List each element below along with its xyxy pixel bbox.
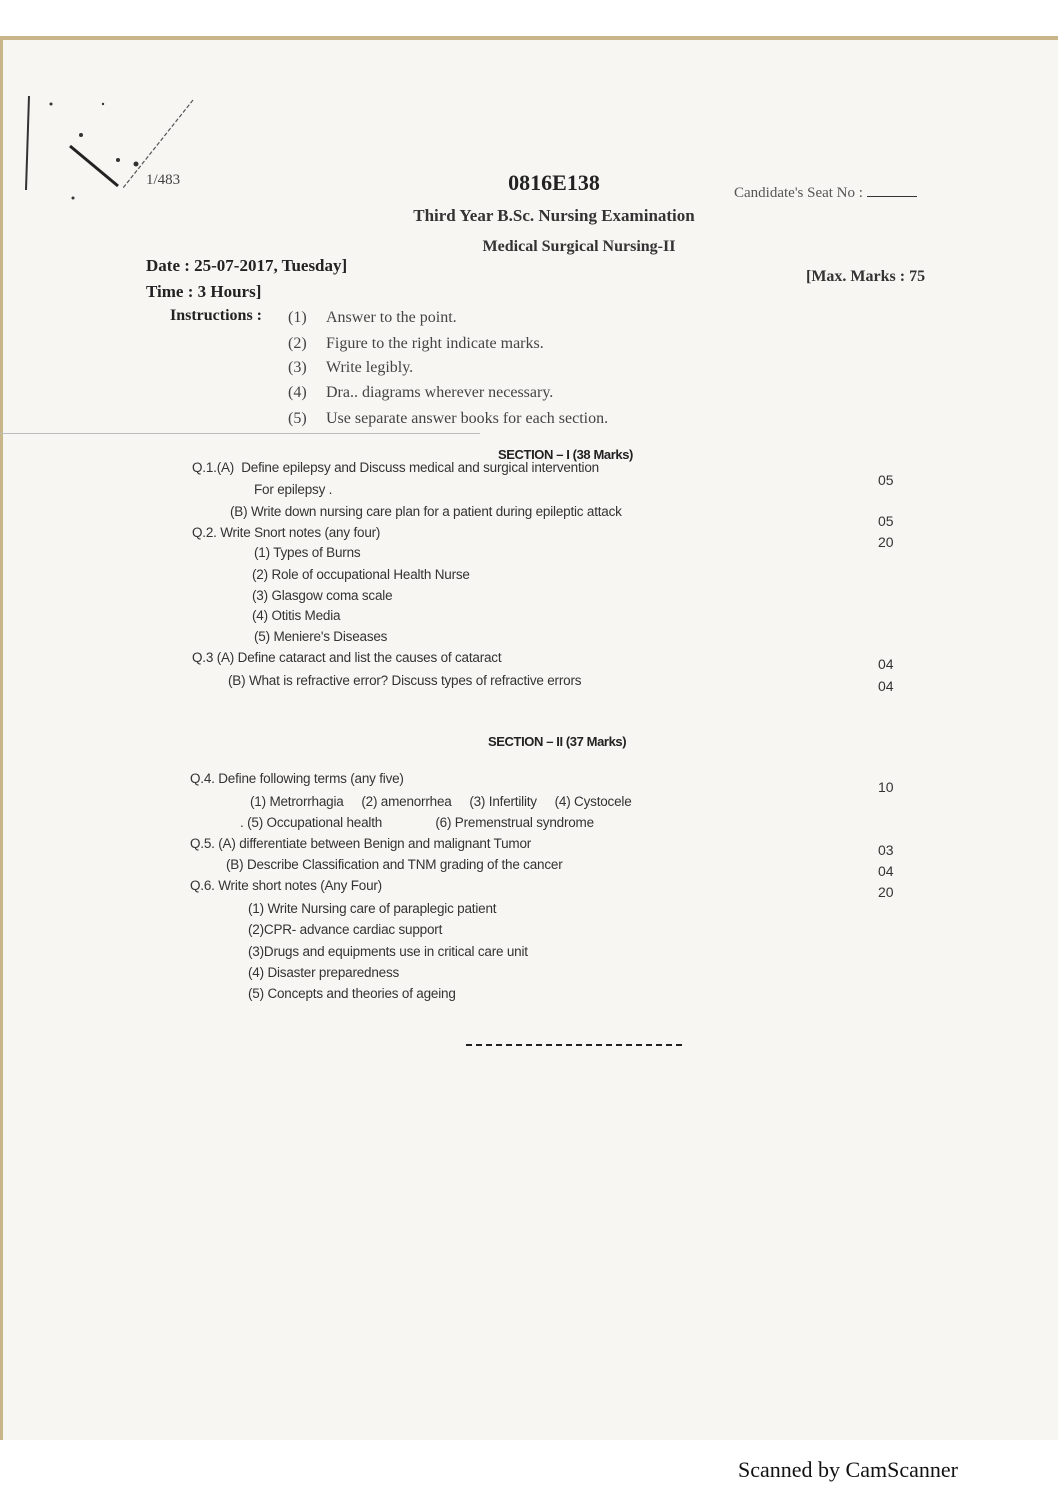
max-marks: [Max. Marks : 75 [806,268,925,286]
question-line: Q.2. Write Snort notes (any four) [192,525,380,540]
question-marks: 20 [878,884,894,900]
instruction-number: (2) [288,335,326,353]
instruction-text: Use separate answer books for each secti… [326,410,608,427]
question-marks: 05 [878,472,894,488]
end-of-paper-line [466,1044,682,1046]
instruction-number: (3) [288,359,326,377]
question-marks: 04 [878,656,894,672]
seat-number-label: Candidate's Seat No : [734,185,863,201]
question-line: Q.3 (A) Define cataract and list the cau… [192,650,501,665]
question-line: . (5) Occupational health (6) Premenstru… [240,815,594,830]
instruction-number: (4) [288,384,326,402]
question-line: (2) Role of occupational Health Nurse [252,567,470,582]
instruction-item: (2)Figure to the right indicate marks. [288,335,544,353]
exam-duration: Time : 3 Hours] [146,282,261,302]
question-line: Q.4. Define following terms (any five) [190,771,404,786]
question-line: (3)Drugs and equipments use in critical … [248,944,528,959]
question-line: (B) Write down nursing care plan for a p… [230,504,622,519]
question-line: (1) Metrorrhagia (2) amenorrhea (3) Infe… [250,794,632,809]
instructions-label: Instructions : [170,307,262,325]
instruction-number: (1) [288,309,326,327]
exam-title: Third Year B.Sc. Nursing Examination [0,206,1058,226]
camscanner-watermark: Scanned by CamScanner [738,1457,958,1483]
seat-number-blank [867,196,917,197]
question-marks: 03 [878,842,894,858]
instruction-item: (3)Write legibly. [288,359,413,377]
instruction-text: Figure to the right indicate marks. [326,335,544,352]
instruction-item: (1)Answer to the point. [288,309,457,327]
question-line: (2)CPR- advance cardiac support [248,922,442,937]
question-marks: 05 [878,513,894,529]
question-marks: 10 [878,779,894,795]
question-line: Q.5. (A) differentiate between Benign an… [190,836,531,851]
instruction-text: Answer to the point. [326,309,457,326]
question-line: (3) Glasgow coma scale [252,588,392,603]
question-line: (1) Write Nursing care of paraplegic pat… [248,901,496,916]
question-marks: 04 [878,863,894,879]
subject-title: Medical Surgical Nursing-II [0,238,1058,256]
header-divider [0,433,480,434]
seat-number-field: Candidate's Seat No : [734,185,917,202]
instruction-text: Write legibly. [326,359,413,376]
question-line: (4) Otitis Media [252,608,340,623]
question-line: (1) Types of Burns [254,545,360,560]
instruction-item: (5)Use separate answer books for each se… [288,410,608,428]
question-line: (B) What is refractive error? Discuss ty… [228,673,581,688]
question-line: For epilepsy . [254,482,332,497]
question-line: Q.1.(A) Define epilepsy and Discuss medi… [192,460,599,475]
instruction-text: Dra.. diagrams wherever necessary. [326,384,553,401]
exam-date: Date : 25-07-2017, Tuesday] [146,256,347,276]
question-line: (4) Disaster preparedness [248,965,399,980]
question-marks: 04 [878,678,894,694]
question-line: Q.6. Write short notes (Any Four) [190,878,382,893]
question-line: (5) Meniere's Diseases [254,629,387,644]
instruction-item: (4)Dra.. diagrams wherever necessary. [288,384,553,402]
question-marks: 20 [878,534,894,550]
question-line: (5) Concepts and theories of ageing [248,986,456,1001]
instruction-number: (5) [288,410,326,428]
question-line: (B) Describe Classification and TNM grad… [226,857,563,872]
section-2-heading: SECTION – II (37 Marks) [488,734,626,749]
